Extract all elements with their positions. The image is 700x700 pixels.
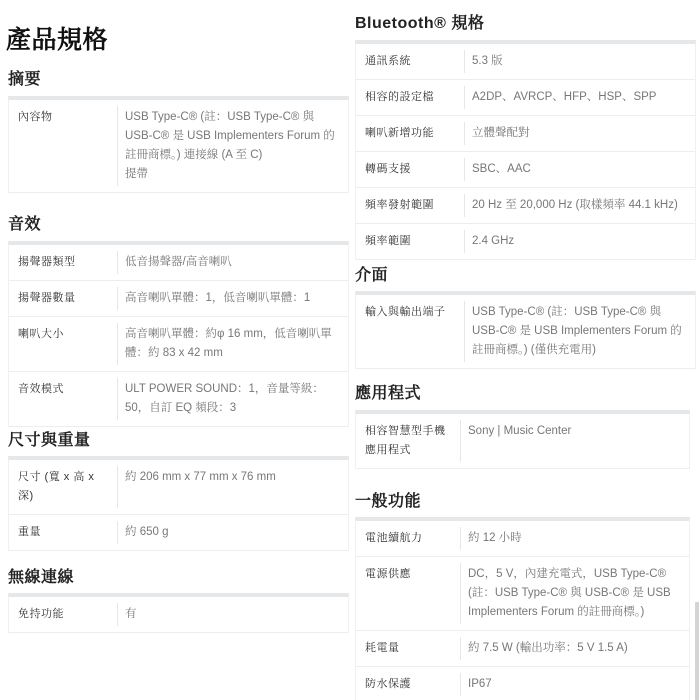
section-title-app: 應用程式 (355, 380, 421, 403)
spec-value: 約 206 mm x 77 mm x 76 mm (117, 466, 348, 508)
spec-value: 2.4 GHz (464, 230, 695, 253)
spec-table-bluetooth: 通訊系統 5.3 版 相容的設定檔 A2DP、AVRCP、HFP、HSP、SPP… (355, 40, 696, 260)
spec-value: 有 (117, 603, 348, 626)
table-row: 轉碼支援 SBC、AAC (356, 152, 695, 188)
spec-label: 相容的設定檔 (356, 86, 464, 109)
spec-table-audio: 揚聲器類型 低音揚聲器/高音喇叭 揚聲器數量 高音喇叭單體：1，低音喇叭單體：1… (8, 241, 349, 427)
section-title-interface: 介面 (355, 262, 388, 285)
section-title-dimensions: 尺寸與重量 (8, 427, 91, 450)
table-row: 相容智慧型手機應用程式 Sony | Music Center (356, 414, 689, 469)
spec-value: USB Type-C® (註：USB Type-C® 與 USB-C® 是 US… (464, 301, 695, 362)
table-row: 尺寸 (寬 x 高 x 深) 約 206 mm x 77 mm x 76 mm (9, 460, 348, 515)
spec-value: DC，5 V，內建充電式，USB Type-C® (註：USB Type-C® … (460, 563, 689, 624)
spec-label: 電池續航力 (356, 527, 460, 550)
table-row: 揚聲器類型 低音揚聲器/高音喇叭 (9, 245, 348, 281)
table-row: 喇叭新增功能 立體聲配對 (356, 116, 695, 152)
spec-table-general: 電池續航力 約 12 小時 電源供應 DC，5 V，內建充電式，USB Type… (355, 517, 690, 700)
spec-label: 尺寸 (寬 x 高 x 深) (9, 466, 117, 508)
spec-label: 喇叭大小 (9, 323, 117, 365)
spec-label: 轉碼支援 (356, 158, 464, 181)
spec-label: 相容智慧型手機應用程式 (356, 420, 460, 462)
table-row: 相容的設定檔 A2DP、AVRCP、HFP、HSP、SPP (356, 80, 695, 116)
spec-label: 揚聲器類型 (9, 251, 117, 274)
spec-table-wireless: 免持功能 有 (8, 593, 349, 633)
spec-label: 頻率發射範圍 (356, 194, 464, 217)
spec-label: 喇叭新增功能 (356, 122, 464, 145)
spec-label: 通訊系統 (356, 50, 464, 73)
section-title-general: 一般功能 (355, 488, 421, 511)
spec-label: 音效模式 (9, 378, 117, 420)
table-row: 耗電量 約 7.5 W (輸出功率：5 V 1.5 A) (356, 631, 689, 667)
section-title-wireless: 無線連線 (8, 564, 74, 587)
table-row: 頻率範圍 2.4 GHz (356, 224, 695, 260)
table-row: 內容物 USB Type-C® (註：USB Type-C® 與 USB-C® … (9, 100, 348, 193)
spec-label: 頻率範圍 (356, 230, 464, 253)
spec-table-summary: 內容物 USB Type-C® (註：USB Type-C® 與 USB-C® … (8, 96, 349, 193)
table-row: 頻率發射範圍 20 Hz 至 20,000 Hz (取樣頻率 44.1 kHz) (356, 188, 695, 224)
spec-label: 揚聲器數量 (9, 287, 117, 310)
table-row: 音效模式 ULT POWER SOUND：1，音量等級：50，自訂 EQ 頻段：… (9, 372, 348, 427)
table-row: 電池續航力 約 12 小時 (356, 521, 689, 557)
spec-value: 約 7.5 W (輸出功率：5 V 1.5 A) (460, 637, 689, 660)
spec-label: 耗電量 (356, 637, 460, 660)
spec-table-dimensions: 尺寸 (寬 x 高 x 深) 約 206 mm x 77 mm x 76 mm … (8, 456, 349, 551)
spec-value: 約 650 g (117, 521, 348, 544)
spec-value: IP67 (460, 673, 689, 696)
table-row: 通訊系統 5.3 版 (356, 44, 695, 80)
page-title: 產品規格 (6, 20, 108, 56)
table-row: 防水保護 IP67 (356, 667, 689, 700)
spec-value: 低音揚聲器/高音喇叭 (117, 251, 348, 274)
spec-value: 約 12 小時 (460, 527, 689, 550)
spec-value: 5.3 版 (464, 50, 695, 73)
spec-label: 輸入與輸出端子 (356, 301, 464, 362)
vertical-scrollbar[interactable] (695, 602, 699, 700)
spec-label: 內容物 (9, 106, 117, 186)
spec-value: A2DP、AVRCP、HFP、HSP、SPP (464, 86, 695, 109)
spec-value: 高音喇叭單體：1，低音喇叭單體：1 (117, 287, 348, 310)
spec-label: 重量 (9, 521, 117, 544)
section-title-summary: 摘要 (8, 66, 41, 89)
table-row: 喇叭大小 高音喇叭單體：約φ 16 mm，低音喇叭單體：約 83 x 42 mm (9, 317, 348, 372)
spec-value: 立體聲配對 (464, 122, 695, 145)
spec-value: 高音喇叭單體：約φ 16 mm，低音喇叭單體：約 83 x 42 mm (117, 323, 348, 365)
spec-value: ULT POWER SOUND：1，音量等級：50，自訂 EQ 頻段：3 (117, 378, 348, 420)
spec-label: 防水保護 (356, 673, 460, 696)
table-row: 電源供應 DC，5 V，內建充電式，USB Type-C® (註：USB Typ… (356, 557, 689, 631)
spec-table-interface: 輸入與輸出端子 USB Type-C® (註：USB Type-C® 與 USB… (355, 291, 696, 369)
table-row: 輸入與輸出端子 USB Type-C® (註：USB Type-C® 與 USB… (356, 295, 695, 369)
table-row: 揚聲器數量 高音喇叭單體：1，低音喇叭單體：1 (9, 281, 348, 317)
spec-value: SBC、AAC (464, 158, 695, 181)
spec-value: 20 Hz 至 20,000 Hz (取樣頻率 44.1 kHz) (464, 194, 695, 217)
spec-label: 免持功能 (9, 603, 117, 626)
spec-label: 電源供應 (356, 563, 460, 624)
spec-table-app: 相容智慧型手機應用程式 Sony | Music Center (355, 410, 690, 469)
section-title-audio: 音效 (8, 211, 41, 234)
section-title-bluetooth: Bluetooth® 規格 (355, 10, 484, 33)
spec-value: Sony | Music Center (460, 420, 689, 462)
spec-value: USB Type-C® (註：USB Type-C® 與 USB-C® 是 US… (117, 106, 348, 186)
table-row: 免持功能 有 (9, 597, 348, 633)
table-row: 重量 約 650 g (9, 515, 348, 551)
spec-page: 產品規格 摘要 內容物 USB Type-C® (註：USB Type-C® 與… (0, 0, 700, 700)
